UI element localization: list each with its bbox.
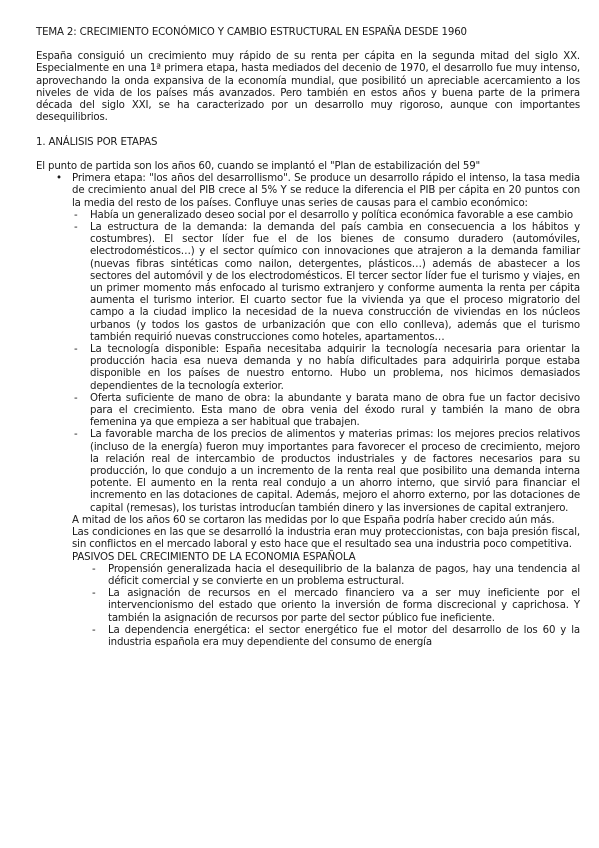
liability-text: La dependencia energética: el sector ene… — [108, 625, 580, 648]
dash-icon: - — [92, 564, 96, 576]
bullet-icon: • — [56, 173, 62, 185]
liability-text: Propensión generalizada hacia el desequi… — [108, 564, 580, 587]
cause-item: - La estructura de la demanda: la demand… — [36, 222, 580, 344]
dash-icon: - — [74, 429, 78, 441]
section-heading: 1. ANÁLISIS POR ETAPAS — [36, 137, 580, 149]
liability-item: - La asignación de recursos en el mercad… — [36, 588, 580, 625]
dash-icon: - — [74, 393, 78, 405]
dash-icon: - — [92, 625, 96, 637]
conditions-paragraph: Las condiciones en las que se desarrolló… — [36, 527, 580, 551]
cause-text: Oferta suficiente de mano de obra: la ab… — [90, 393, 580, 428]
dash-icon: - — [74, 210, 78, 222]
liabilities-heading: PASIVOS DEL CRECIMIENTO DE LA ECONOMIA E… — [36, 552, 580, 564]
liability-item: - La dependencia energética: el sector e… — [36, 625, 580, 649]
dash-icon: - — [74, 344, 78, 356]
spacer — [36, 149, 580, 161]
starting-point-paragraph: El punto de partida son los años 60, cua… — [36, 161, 580, 173]
dash-icon: - — [74, 222, 78, 234]
cause-text: Había un generalizado deseo social por e… — [90, 210, 573, 221]
cause-text: La estructura de la demanda: la demanda … — [90, 222, 580, 343]
first-stage-bullet: • Primera etapa: "los años del desarroll… — [36, 173, 580, 210]
cause-item: - Oferta suficiente de mano de obra: la … — [36, 393, 580, 430]
dash-icon: - — [92, 588, 96, 600]
mid-sixties-paragraph: A mitad de los años 60 se cortaron las m… — [36, 515, 580, 527]
liability-text: La asignación de recursos en el mercado … — [108, 588, 580, 623]
cause-item: - La tecnología disponible: España neces… — [36, 344, 580, 393]
spacer — [36, 124, 580, 136]
cause-item: - La favorable marcha de los precios de … — [36, 429, 580, 514]
liability-item: - Propensión generalizada hacia el deseq… — [36, 564, 580, 588]
document-title: TEMA 2: CRECIMIENTO ECONÓMICO Y CAMBIO E… — [36, 27, 580, 39]
intro-paragraph: España consiguió un crecimiento muy rápi… — [36, 51, 580, 124]
cause-text: La favorable marcha de los precios de al… — [90, 429, 580, 513]
document-page: TEMA 2: CRECIMIENTO ECONÓMICO Y CAMBIO E… — [36, 27, 580, 649]
cause-text: La tecnología disponible: España necesit… — [90, 344, 580, 392]
first-stage-text: Primera etapa: "los años del desarrollis… — [72, 173, 580, 208]
cause-item: - Había un generalizado deseo social por… — [36, 210, 580, 222]
